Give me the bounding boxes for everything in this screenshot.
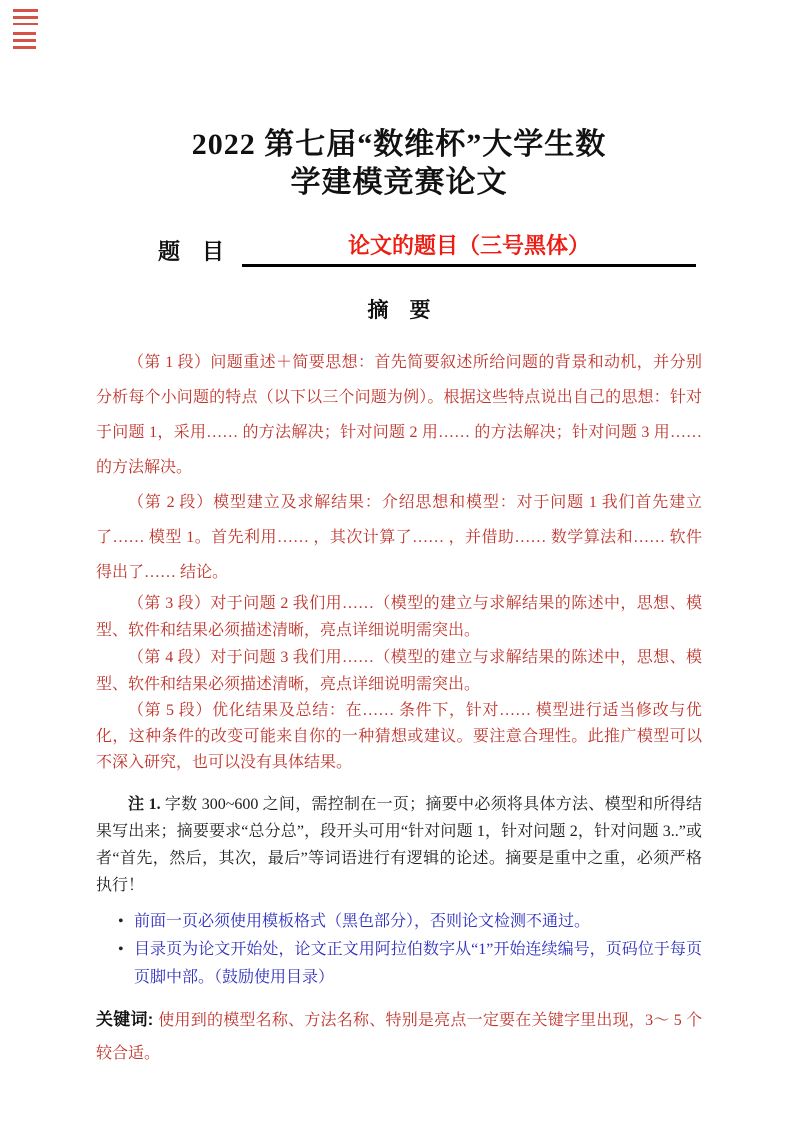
paper-title-row: 题 目 论文的题目（三号黑体） bbox=[158, 229, 696, 267]
title-field-label: 题 目 bbox=[158, 237, 224, 267]
document-body: 2022 第七届“数维杯”大学生数 学建模竞赛论文 题 目 论文的题目（三号黑体… bbox=[0, 0, 794, 1070]
competition-title-line2: 学建模竞赛论文 bbox=[96, 164, 702, 202]
list-item: • 前面一页必须使用模板格式（黑色部分），否则论文检测不通过。 bbox=[118, 908, 702, 936]
abstract-paragraph-1: （第 1 段）问题重述＋简要思想：首先简要叙述所给问题的背景和动机，并分别分析每… bbox=[96, 345, 702, 485]
keywords-label: 关键词: bbox=[96, 1010, 158, 1029]
bullet-icon: • bbox=[118, 908, 124, 936]
abstract-heading: 摘 要 bbox=[96, 294, 702, 324]
keywords-text: 使用到的模型名称、方法名称、特别是亮点一定要在关键字里出现，3～ 5 个较合适。 bbox=[96, 1012, 702, 1062]
bullet-icon: • bbox=[118, 936, 124, 964]
abstract-paragraph-5: （第 5 段）优化结果及总结：在…… 条件下，针对…… 模型进行适当修改与优化，… bbox=[96, 698, 702, 776]
paper-title-placeholder: 论文的题目（三号黑体） bbox=[348, 233, 590, 258]
keywords-line: 关键词: 使用到的模型名称、方法名称、特别是亮点一定要在关键字里出现，3～ 5 … bbox=[96, 1003, 702, 1070]
red-stamp-mark-icon bbox=[13, 9, 38, 25]
notice-list: • 前面一页必须使用模板格式（黑色部分），否则论文检测不通过。 • 目录页为论文… bbox=[96, 908, 702, 992]
competition-title: 2022 第七届“数维杯”大学生数 学建模竞赛论文 bbox=[96, 126, 702, 202]
abstract-paragraph-3: （第 3 段）对于问题 2 我们用……（模型的建立与求解结果的陈述中，思想、模型… bbox=[96, 590, 702, 644]
notice-text-1: 前面一页必须使用模板格式（黑色部分），否则论文检测不通过。 bbox=[134, 913, 590, 930]
note-label: 注 1. bbox=[128, 796, 165, 813]
abstract-paragraph-2: （第 2 段）模型建立及求解结果：介绍思想和模型：对于问题 1 我们首先建立了…… bbox=[96, 485, 702, 590]
document-page: 2022 第七届“数维杯”大学生数 学建模竞赛论文 题 目 论文的题目（三号黑体… bbox=[0, 0, 794, 1123]
note-paragraph: 注 1. 字数 300~600 之间，需控制在一页；摘要中必须将具体方法、模型和… bbox=[96, 791, 702, 899]
competition-title-line1: 2022 第七届“数维杯”大学生数 bbox=[96, 126, 702, 164]
notice-text-2: 目录页为论文开始处，论文正文用阿拉伯数字从“1”开始连续编号，页码位于每页页脚中… bbox=[134, 941, 702, 986]
title-field-underline: 论文的题目（三号黑体） bbox=[242, 229, 696, 267]
note-text: 字数 300~600 之间，需控制在一页；摘要中必须将具体方法、模型和所得结果写… bbox=[96, 796, 702, 894]
list-item: • 目录页为论文开始处，论文正文用阿拉伯数字从“1”开始连续编号，页码位于每页页… bbox=[118, 936, 702, 992]
abstract-paragraph-4: （第 4 段）对于问题 3 我们用……（模型的建立与求解结果的陈述中，思想、模型… bbox=[96, 644, 702, 698]
red-stamp-mark-icon bbox=[13, 32, 36, 51]
red-stamp-marks bbox=[13, 9, 38, 58]
